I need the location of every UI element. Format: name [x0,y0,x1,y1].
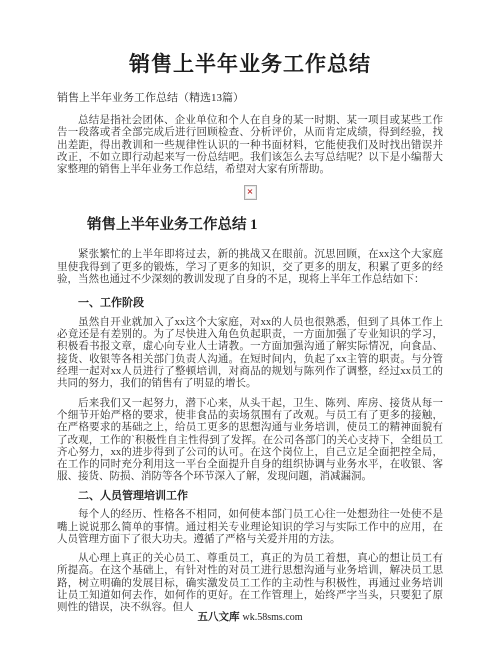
body-paragraph: 从心理上真正的关心员工、尊重员工，真正的为员工着想，真心的想让员工有所提高。在这… [57,553,443,614]
subsection-heading-1: 一、工作阶段 [57,297,443,310]
footer-brand: 五八文库 [198,612,240,623]
page-footer: 五八文库wk.58sms.com [0,612,500,624]
broken-image-icon: × [244,185,257,200]
footer-domain: wk.58sms.com [243,612,303,623]
body-paragraph: 后来我们又一起努力，潜下心来，从头干起，卫生、陈列、库房、接货从每一个细节开始严… [57,398,443,484]
document-title: 销售上半年业务工作总结 [57,50,443,78]
section-heading: 销售上半年业务工作总结 1 [87,216,443,234]
section-lead-paragraph: 紧张繁忙的上半年即将过去，新的挑战又在眼前。沉思回顾，在xx这个大家庭里使我得到… [57,249,443,286]
body-paragraph: 每个人的经历、性格各不相同，如何使本部门员工心往一处想劲往一处使不是嘴上说说那么… [57,509,443,546]
document-page: 销售上半年业务工作总结 销售上半年业务工作总结（精选13篇） 总结是指社会团体、… [0,0,500,647]
subsection-heading-2: 二、人员管理培训工作 [57,490,443,503]
document-subtitle: 销售上半年业务工作总结（精选13篇） [57,92,443,105]
broken-image-row: × [57,185,443,199]
document-content: 销售上半年业务工作总结 销售上半年业务工作总结（精选13篇） 总结是指社会团体、… [0,0,500,615]
intro-paragraph: 总结是指社会团体、企业单位和个人在自身的某一时期、某一项目或某些工作告一段落或者… [57,115,443,176]
body-paragraph: 虽然自开业就加入了xx这个大家庭，对xx的人员也很熟悉，但到了具体工作上必竟还是… [57,317,443,391]
